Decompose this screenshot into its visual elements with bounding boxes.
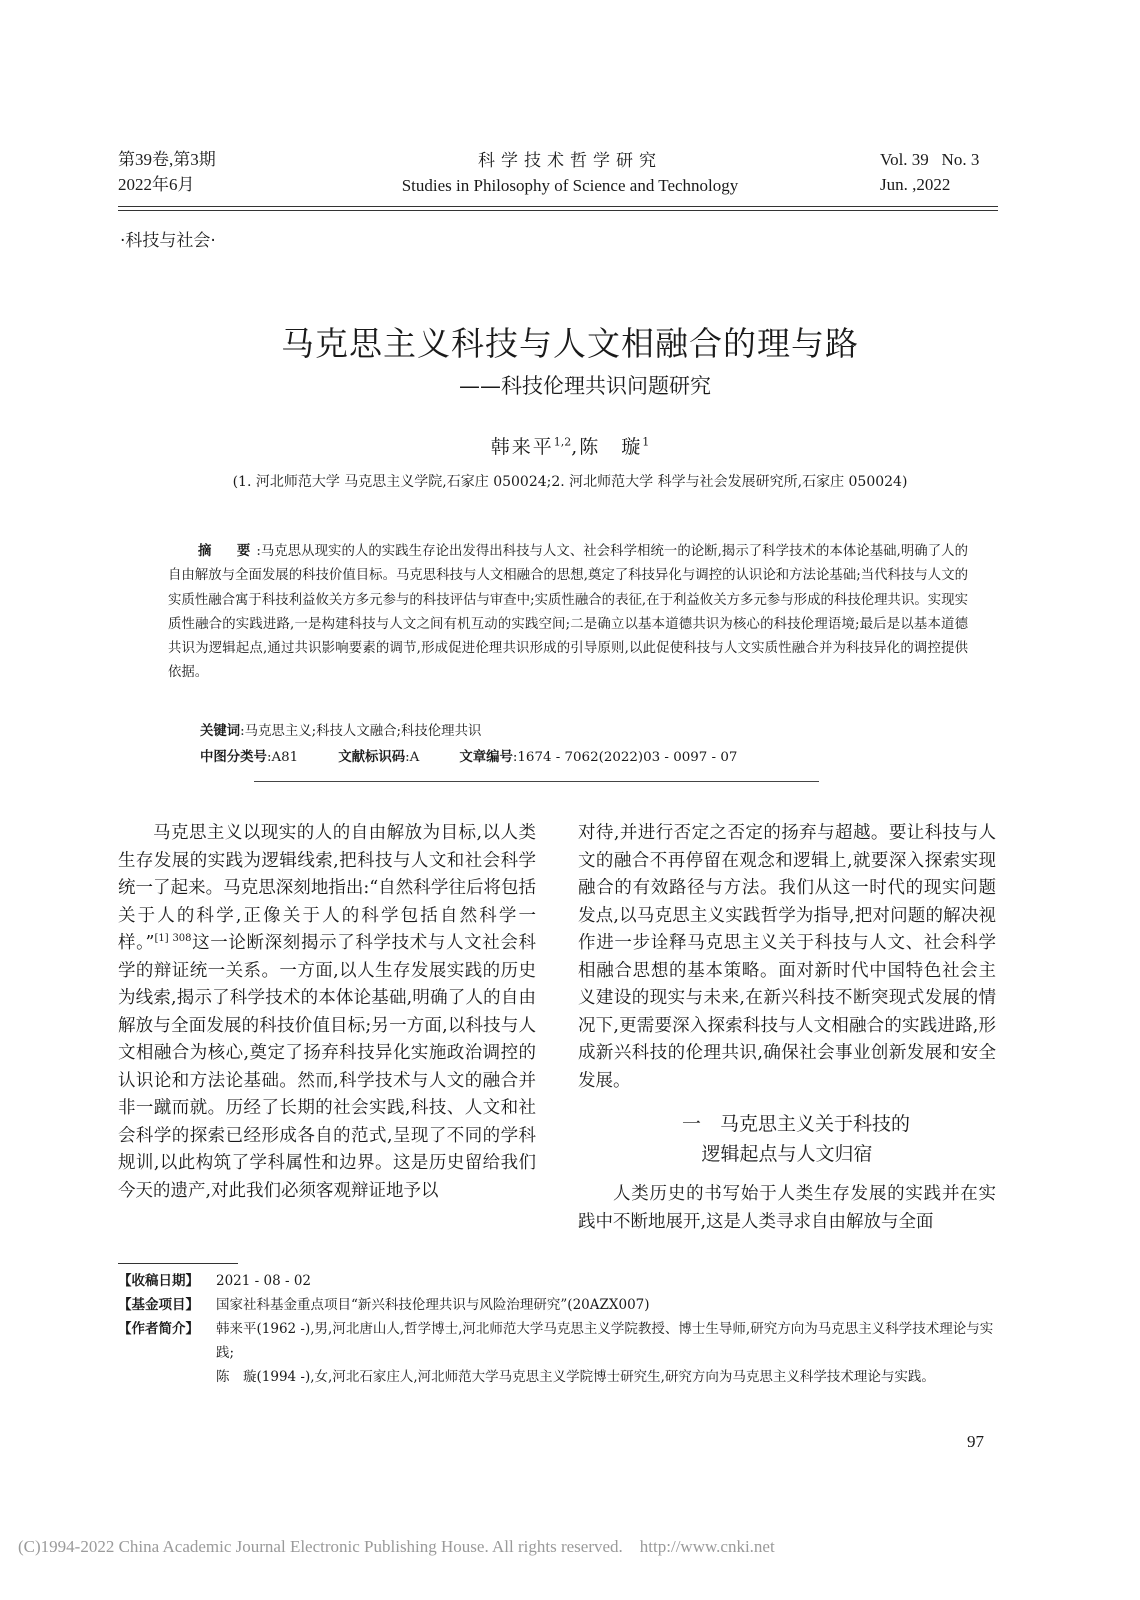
footnote-author-bio: 【作者简介】韩来平(1962 -),男,河北唐山人,哲学博士,河北师范大学马克思…	[118, 1317, 1008, 1389]
footnote-fund: 【基金项目】国家社科基金重点项目“新兴科技伦理共识与风险治理研究”(20AZX0…	[118, 1293, 650, 1317]
classification-line: 中图分类号:A81 文献标识码:A 文章编号:1674 - 7062(2022)…	[200, 746, 777, 765]
body-column-right: 对待,并进行否定之否定的扬弃与超越。要让科技与人文的融合不再停留在观念和逻辑上,…	[578, 820, 996, 1236]
author-bio-body: 韩来平(1962 -),男,河北唐山人,哲学博士,河北师范大学马克思主义学院教授…	[216, 1317, 1006, 1389]
volume-issue-en: Vol. 39 No. 3	[880, 150, 979, 170]
paragraph-text: 这一论断深刻揭示了科学技术与人文社会科学的辩证统一关系。一方面,以人生存发展实践…	[118, 933, 536, 1201]
author-bio-1: 韩来平(1962 -),男,河北唐山人,哲学博士,河北师范大学马克思主义学院教授…	[216, 1317, 1006, 1365]
affiliations: (1. 河北师范大学 马克思主义学院,石家庄 050024;2. 河北师范大学 …	[0, 471, 1140, 491]
header-rule-bottom	[118, 210, 998, 211]
abstract-divider	[254, 781, 819, 782]
body-paragraph: 对待,并进行否定之否定的扬弃与超越。要让科技与人文的融合不再停留在观念和逻辑上,…	[578, 820, 996, 1095]
section-heading: 一 马克思主义关于科技的 逻辑起点与人文归宿	[578, 1109, 996, 1169]
clc-label: 中图分类号	[200, 750, 267, 765]
author-name-1: 韩来平	[491, 436, 554, 458]
section-heading-line-2: 逻辑起点与人文归宿	[578, 1139, 996, 1169]
running-header-right: Vol. 39 No. 3 Jun. ,2022	[880, 150, 979, 195]
article-title: 马克思主义科技与人文相融合的理与路	[0, 318, 1140, 365]
author-bio-label: 【作者简介】	[118, 1317, 216, 1341]
fund-label: 【基金项目】	[118, 1293, 216, 1317]
body-paragraph: 马克思主义以现实的人的自由解放为目标,以人类生存发展的实践为逻辑线索,把科技与人…	[118, 820, 536, 1205]
author-line: 韩来平1,2,陈 璇1	[0, 432, 1140, 459]
section-heading-line-1: 一 马克思主义关于科技的	[578, 1109, 996, 1139]
fund-value: 国家社科基金重点项目“新兴科技伦理共识与风险治理研究”(20AZX007)	[216, 1297, 650, 1313]
received-value: 2021 - 08 - 02	[216, 1273, 311, 1289]
date-en: Jun. ,2022	[880, 175, 979, 195]
abstract-text: :马克思从现实的人的实践生存论出发得出科技与人文、社会科学相统一的论断,揭示了科…	[168, 544, 968, 680]
author-bio-2: 陈 璇(1994 -),女,河北石家庄人,河北师范大学马克思主义学院博士研究生,…	[216, 1365, 1006, 1389]
header-rule-top	[118, 206, 998, 207]
article-no-field: 文章编号:1674 - 7062(2022)03 - 0097 - 07	[459, 746, 737, 765]
author-1-affil-mark: 1,2	[554, 436, 572, 449]
footnote-divider	[118, 1263, 238, 1264]
doc-code-label: 文献标识码	[338, 750, 405, 765]
article-no-label: 文章编号	[459, 750, 513, 765]
abstract: 摘 要:马克思从现实的人的实践生存论出发得出科技与人文、社会科学相统一的论断,揭…	[168, 540, 968, 686]
doc-code-field: 文献标识码:A	[338, 746, 419, 765]
author-2-affil-mark: 1	[642, 436, 649, 449]
column-tag: ·科技与社会·	[120, 226, 216, 251]
received-label: 【收稿日期】	[118, 1269, 216, 1293]
doc-code-value: :A	[405, 750, 419, 765]
keywords-text: :马克思主义;科技人文融合;科技伦理共识	[240, 724, 481, 739]
author-name-2: 陈 璇	[579, 436, 642, 458]
copyright-notice: (C)1994-2022 China Academic Journal Elec…	[18, 1537, 775, 1557]
clc-field: 中图分类号:A81	[200, 746, 298, 765]
keywords-label: 关键词	[200, 724, 240, 739]
page-number: 97	[967, 1432, 984, 1452]
article-no-value: :1674 - 7062(2022)03 - 0097 - 07	[513, 750, 737, 765]
citation-mark: [1] 308	[154, 933, 191, 944]
body-column-left: 马克思主义以现实的人的自由解放为目标,以人类生存发展的实践为逻辑线索,把科技与人…	[118, 820, 536, 1205]
article-subtitle: ——科技伦理共识问题研究	[0, 370, 1140, 400]
keywords: 关键词:马克思主义;科技人文融合;科技伦理共识	[200, 720, 481, 739]
footnote-received-date: 【收稿日期】2021 - 08 - 02	[118, 1269, 311, 1293]
clc-value: :A81	[267, 750, 298, 765]
body-paragraph: 人类历史的书写始于人类生存发展的实践并在实践中不断地展开,这是人类寻求自由解放与…	[578, 1181, 996, 1236]
abstract-label: 摘 要	[198, 544, 256, 559]
